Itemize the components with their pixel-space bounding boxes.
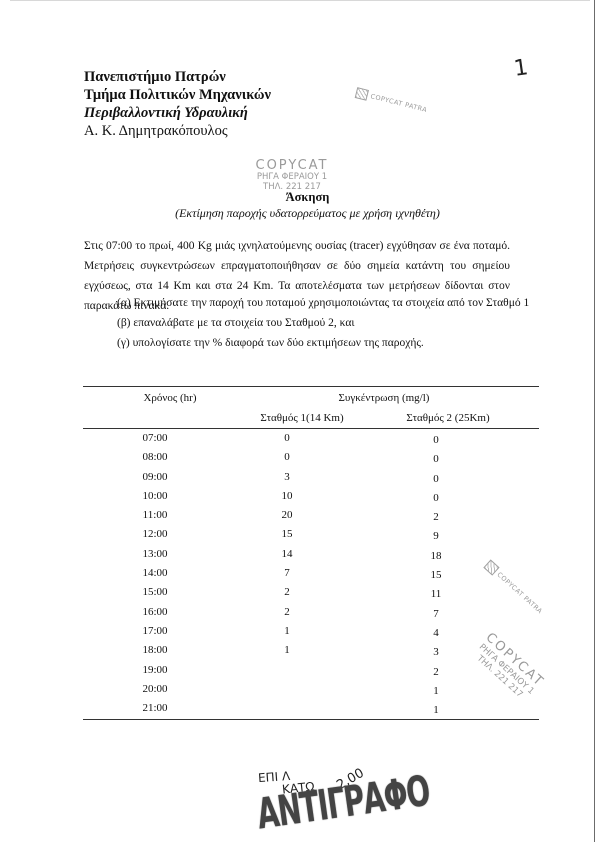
- time-cell: 13:00: [125, 548, 185, 560]
- time-cell: 09:00: [125, 471, 185, 483]
- table-row: 07:0000: [83, 432, 539, 451]
- header-time: Χρόνος (hr): [125, 392, 215, 404]
- university-name: Πανεπιστήμιο Πατρών: [84, 68, 271, 86]
- time-cell: 19:00: [125, 664, 185, 676]
- table-row: 15:00211: [83, 586, 539, 605]
- station-2-cell: 18: [416, 550, 456, 562]
- time-cell: 14:00: [125, 567, 185, 579]
- station-2-cell: 0: [416, 473, 456, 485]
- table-row: 14:00715: [83, 567, 539, 586]
- table-row: 12:00159: [83, 528, 539, 547]
- station-2-cell: 0: [416, 453, 456, 465]
- station-1-cell: 2: [267, 606, 307, 618]
- station-1-cell: 10: [267, 490, 307, 502]
- time-cell: 08:00: [125, 451, 185, 463]
- station-2-cell: 7: [416, 608, 456, 620]
- time-cell: 12:00: [125, 528, 185, 540]
- page-number-mark: 1: [512, 55, 529, 82]
- table-bottom-rule: [83, 719, 539, 720]
- header-station-1: Σταθμός 1(14 Km): [237, 412, 367, 424]
- table-top-rule: [83, 386, 539, 387]
- time-cell: 11:00: [125, 509, 185, 521]
- station-2-cell: 0: [416, 434, 456, 446]
- handwritten-annotation: ΕΠΙ Λ ΚΑΤΩ 2,00 ΑΝΤΙΓΡΑΦΟ: [252, 770, 372, 840]
- station-2-cell: 2: [416, 511, 456, 523]
- table-body: 07:000008:000009:003010:0010011:0020212:…: [83, 432, 539, 721]
- station-1-cell: 20: [267, 509, 307, 521]
- department-name: Τμήμα Πολιτικών Μηχανικών: [84, 86, 271, 104]
- header-concentration: Συγκέντρωση (mg/l): [299, 392, 469, 404]
- station-1-cell: 0: [267, 451, 307, 463]
- time-cell: 15:00: [125, 586, 185, 598]
- scan-top-edge: [10, 0, 590, 1]
- time-cell: 18:00: [125, 644, 185, 656]
- table-row: 10:00100: [83, 490, 539, 509]
- station-1-cell: 3: [267, 471, 307, 483]
- question-list: (α) Εκτιμήσατε την παροχή του ποταμού χρ…: [117, 293, 529, 353]
- copycat-stamp-small: COPYCAT PATRA: [355, 87, 429, 115]
- table-row: 18:0013: [83, 644, 539, 663]
- station-1-cell: 1: [267, 644, 307, 656]
- question-a: (α) Εκτιμήσατε την παροχή του ποταμού χρ…: [117, 293, 529, 313]
- station-1-cell: 15: [267, 528, 307, 540]
- station-2-cell: 0: [416, 492, 456, 504]
- stamp-logo-icon: [355, 87, 369, 101]
- time-cell: 17:00: [125, 625, 185, 637]
- station-2-cell: 4: [416, 627, 456, 639]
- document-header: Πανεπιστήμιο Πατρών Τμήμα Πολιτικών Μηχα…: [84, 68, 271, 140]
- station-1-cell: 2: [267, 586, 307, 598]
- table-row: 08:0000: [83, 451, 539, 470]
- station-1-cell: 14: [267, 548, 307, 560]
- header-station-2: Σταθμός 2 (25Km): [383, 412, 513, 424]
- copycat-stamp-large: COPYCAT ΡΗΓΑ ΦΕΡΑΙΟΥ 1 ΤΗΛ. 221 217: [232, 160, 352, 192]
- table-row: 20:001: [83, 683, 539, 702]
- question-b: (β) επαναλάβατε με τα στοιχεία του Σταθμ…: [117, 313, 529, 333]
- table-header-rule: [83, 428, 539, 429]
- station-2-cell: 1: [416, 704, 456, 716]
- table-row: 16:0027: [83, 606, 539, 625]
- time-cell: 20:00: [125, 683, 185, 695]
- table-row: 17:0014: [83, 625, 539, 644]
- station-1-cell: 7: [267, 567, 307, 579]
- station-2-cell: 3: [416, 646, 456, 658]
- station-1-cell: 0: [267, 432, 307, 444]
- time-cell: 10:00: [125, 490, 185, 502]
- time-cell: 21:00: [125, 702, 185, 714]
- time-cell: 16:00: [125, 606, 185, 618]
- exercise-subtitle: (Εκτίμηση παροχής υδατορρεύματος με χρήσ…: [0, 206, 595, 221]
- station-2-cell: 2: [416, 666, 456, 678]
- time-cell: 07:00: [125, 432, 185, 444]
- station-2-cell: 15: [416, 569, 456, 581]
- question-c: (γ) υπολογίσατε την % διαφορά των δύο εκ…: [117, 333, 529, 353]
- author-name: Α. Κ. Δημητρακόπουλος: [84, 122, 271, 140]
- exercise-title: Άσκηση: [0, 190, 595, 205]
- table-row: 09:0030: [83, 471, 539, 490]
- table-row: 19:002: [83, 664, 539, 683]
- station-1-cell: 1: [267, 625, 307, 637]
- station-2-cell: 11: [416, 588, 456, 600]
- station-2-cell: 9: [416, 530, 456, 542]
- table-row: 11:00202: [83, 509, 539, 528]
- station-2-cell: 1: [416, 685, 456, 697]
- course-name: Περιβαλλοντική Υδραυλική: [84, 104, 271, 122]
- table-row: 13:001418: [83, 548, 539, 567]
